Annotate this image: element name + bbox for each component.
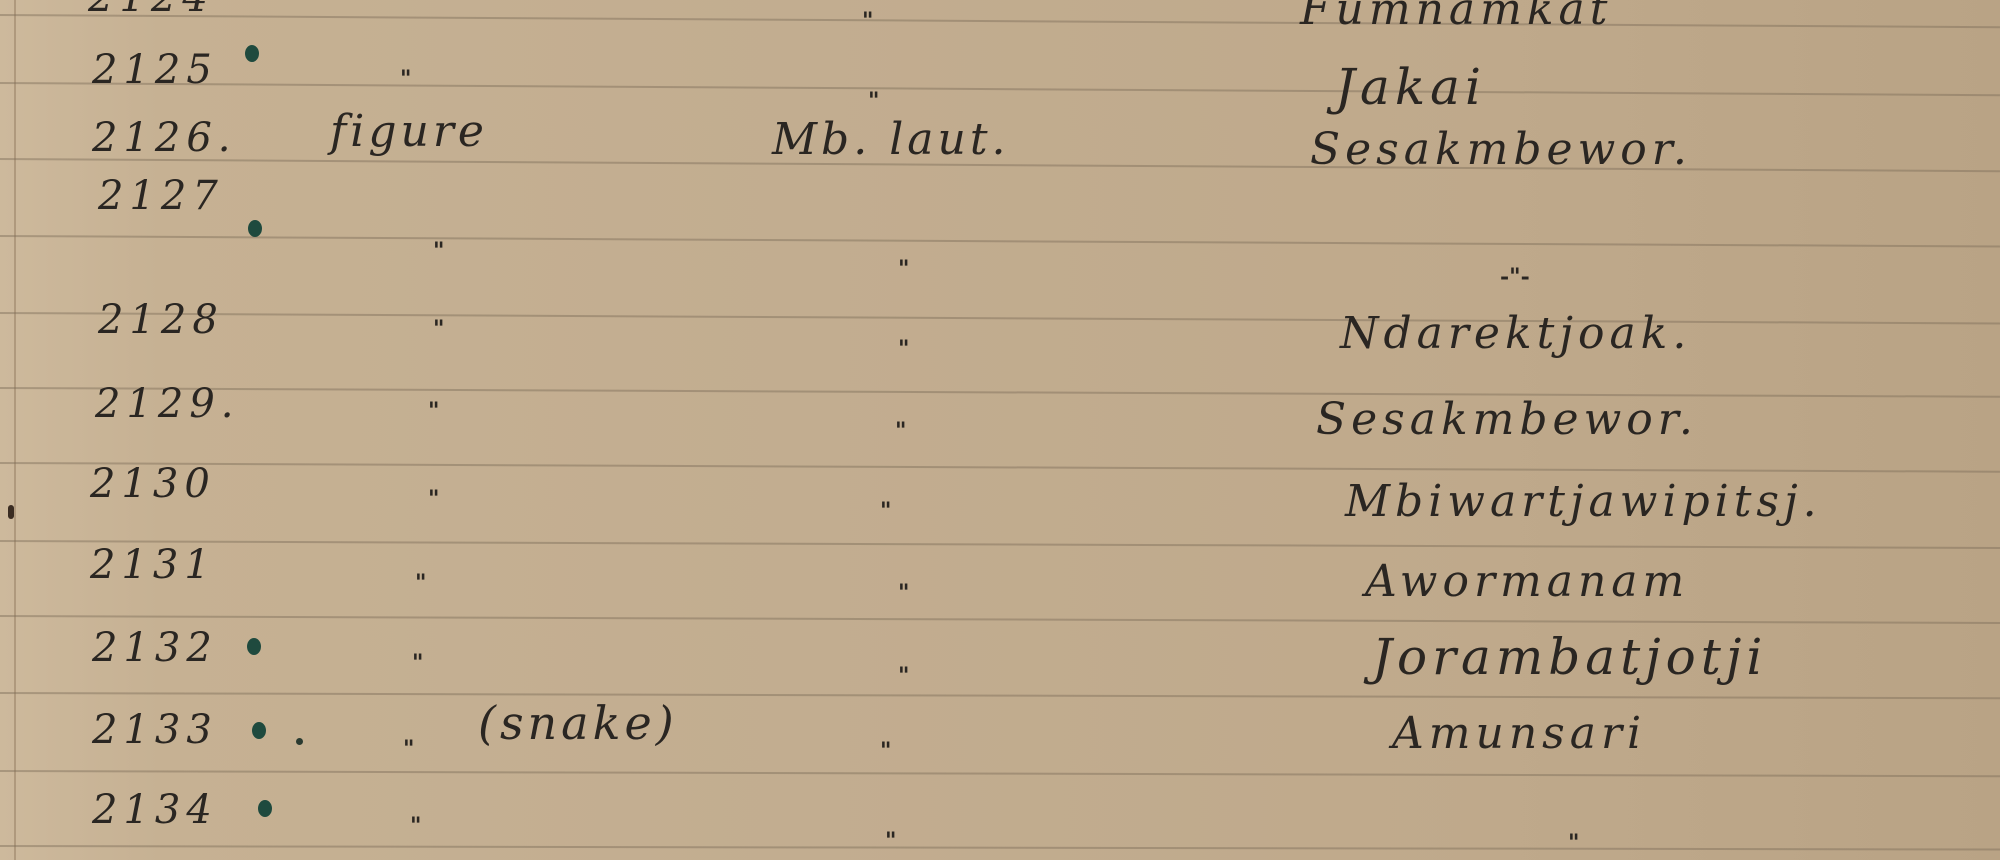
ruled-line [0,770,2000,777]
maker-name: Awormanam [1365,560,1689,604]
catalogue-number: 2128 [98,300,224,340]
catalogue-number: 2125 [92,50,218,90]
object-type: figure [330,110,488,154]
ledger-page: 2124 " Fumnamkat 2125 " " Jakai 2126. fi… [0,0,2000,860]
ditto-mark: " [880,500,891,522]
ruled-line [0,387,2000,398]
green-dot-marker [247,638,261,655]
maker-name: Sesakmbewor. [1316,398,1698,442]
catalogue-number: 2133 [92,710,218,750]
green-dot-marker [252,722,266,739]
ruled-line [0,462,2000,473]
ruled-line [0,540,2000,549]
ditto-mark: " [400,68,411,90]
ditto-mark: " [898,665,909,687]
ditto-mark: " [868,90,879,112]
catalogue-number: 2126. [92,118,237,158]
ditto-mark: " [898,258,909,280]
maker-name: Ndarektjoak. [1340,312,1691,356]
ditto-mark: " [862,10,873,32]
ruled-line [0,692,2000,699]
ruled-line [0,14,2000,28]
ruled-line [0,82,2000,96]
ruled-line [0,615,2000,624]
ditto-mark: " [898,582,909,604]
ditto-mark: " [428,400,439,422]
catalogue-number: 2127 [98,176,224,216]
ink-dot [296,738,303,745]
catalogue-number: 2129. [95,384,240,424]
ditto-mark: " [428,488,439,510]
ditto-mark: -"- [1500,266,1530,288]
ruled-line [0,312,2000,324]
maker-name: Fumnamkat [1300,0,1612,32]
ruled-line [0,235,2000,247]
catalogue-number: 2130 [90,464,216,504]
green-dot-marker [248,220,262,237]
ditto-mark: " [412,652,423,674]
maker-name: Sesakmbewor. [1310,128,1692,172]
catalogue-number: 2131 [90,545,216,585]
ditto-mark: " [885,830,896,852]
ditto-mark: " [410,815,421,837]
place-name: Mb. laut. [772,118,1010,162]
maker-name: Jakai [1335,62,1486,112]
ditto-mark: " [880,740,891,762]
green-dot-marker [258,800,272,817]
catalogue-number: 2132 [92,628,218,668]
ditto-mark: " [415,572,426,594]
ditto-mark: " [433,240,444,262]
catalogue-number: 2134 [92,790,218,830]
ditto-mark: " [433,318,444,340]
annotation-note: (snake) [478,700,678,746]
ditto-mark: " [898,338,909,360]
ditto-mark: " [895,420,906,442]
margin-ink-mark [8,505,14,519]
margin-line [14,0,16,860]
ruled-line [0,845,2000,850]
ditto-mark: " [403,738,414,760]
catalogue-number: 2124 [88,0,214,18]
maker-name: Amunsari [1392,712,1646,756]
maker-name: Jorambatjotji [1372,632,1767,682]
green-dot-marker [245,45,259,62]
ditto-mark: " [1568,832,1579,854]
maker-name: Mbiwartjawipitsj. [1345,480,1822,524]
